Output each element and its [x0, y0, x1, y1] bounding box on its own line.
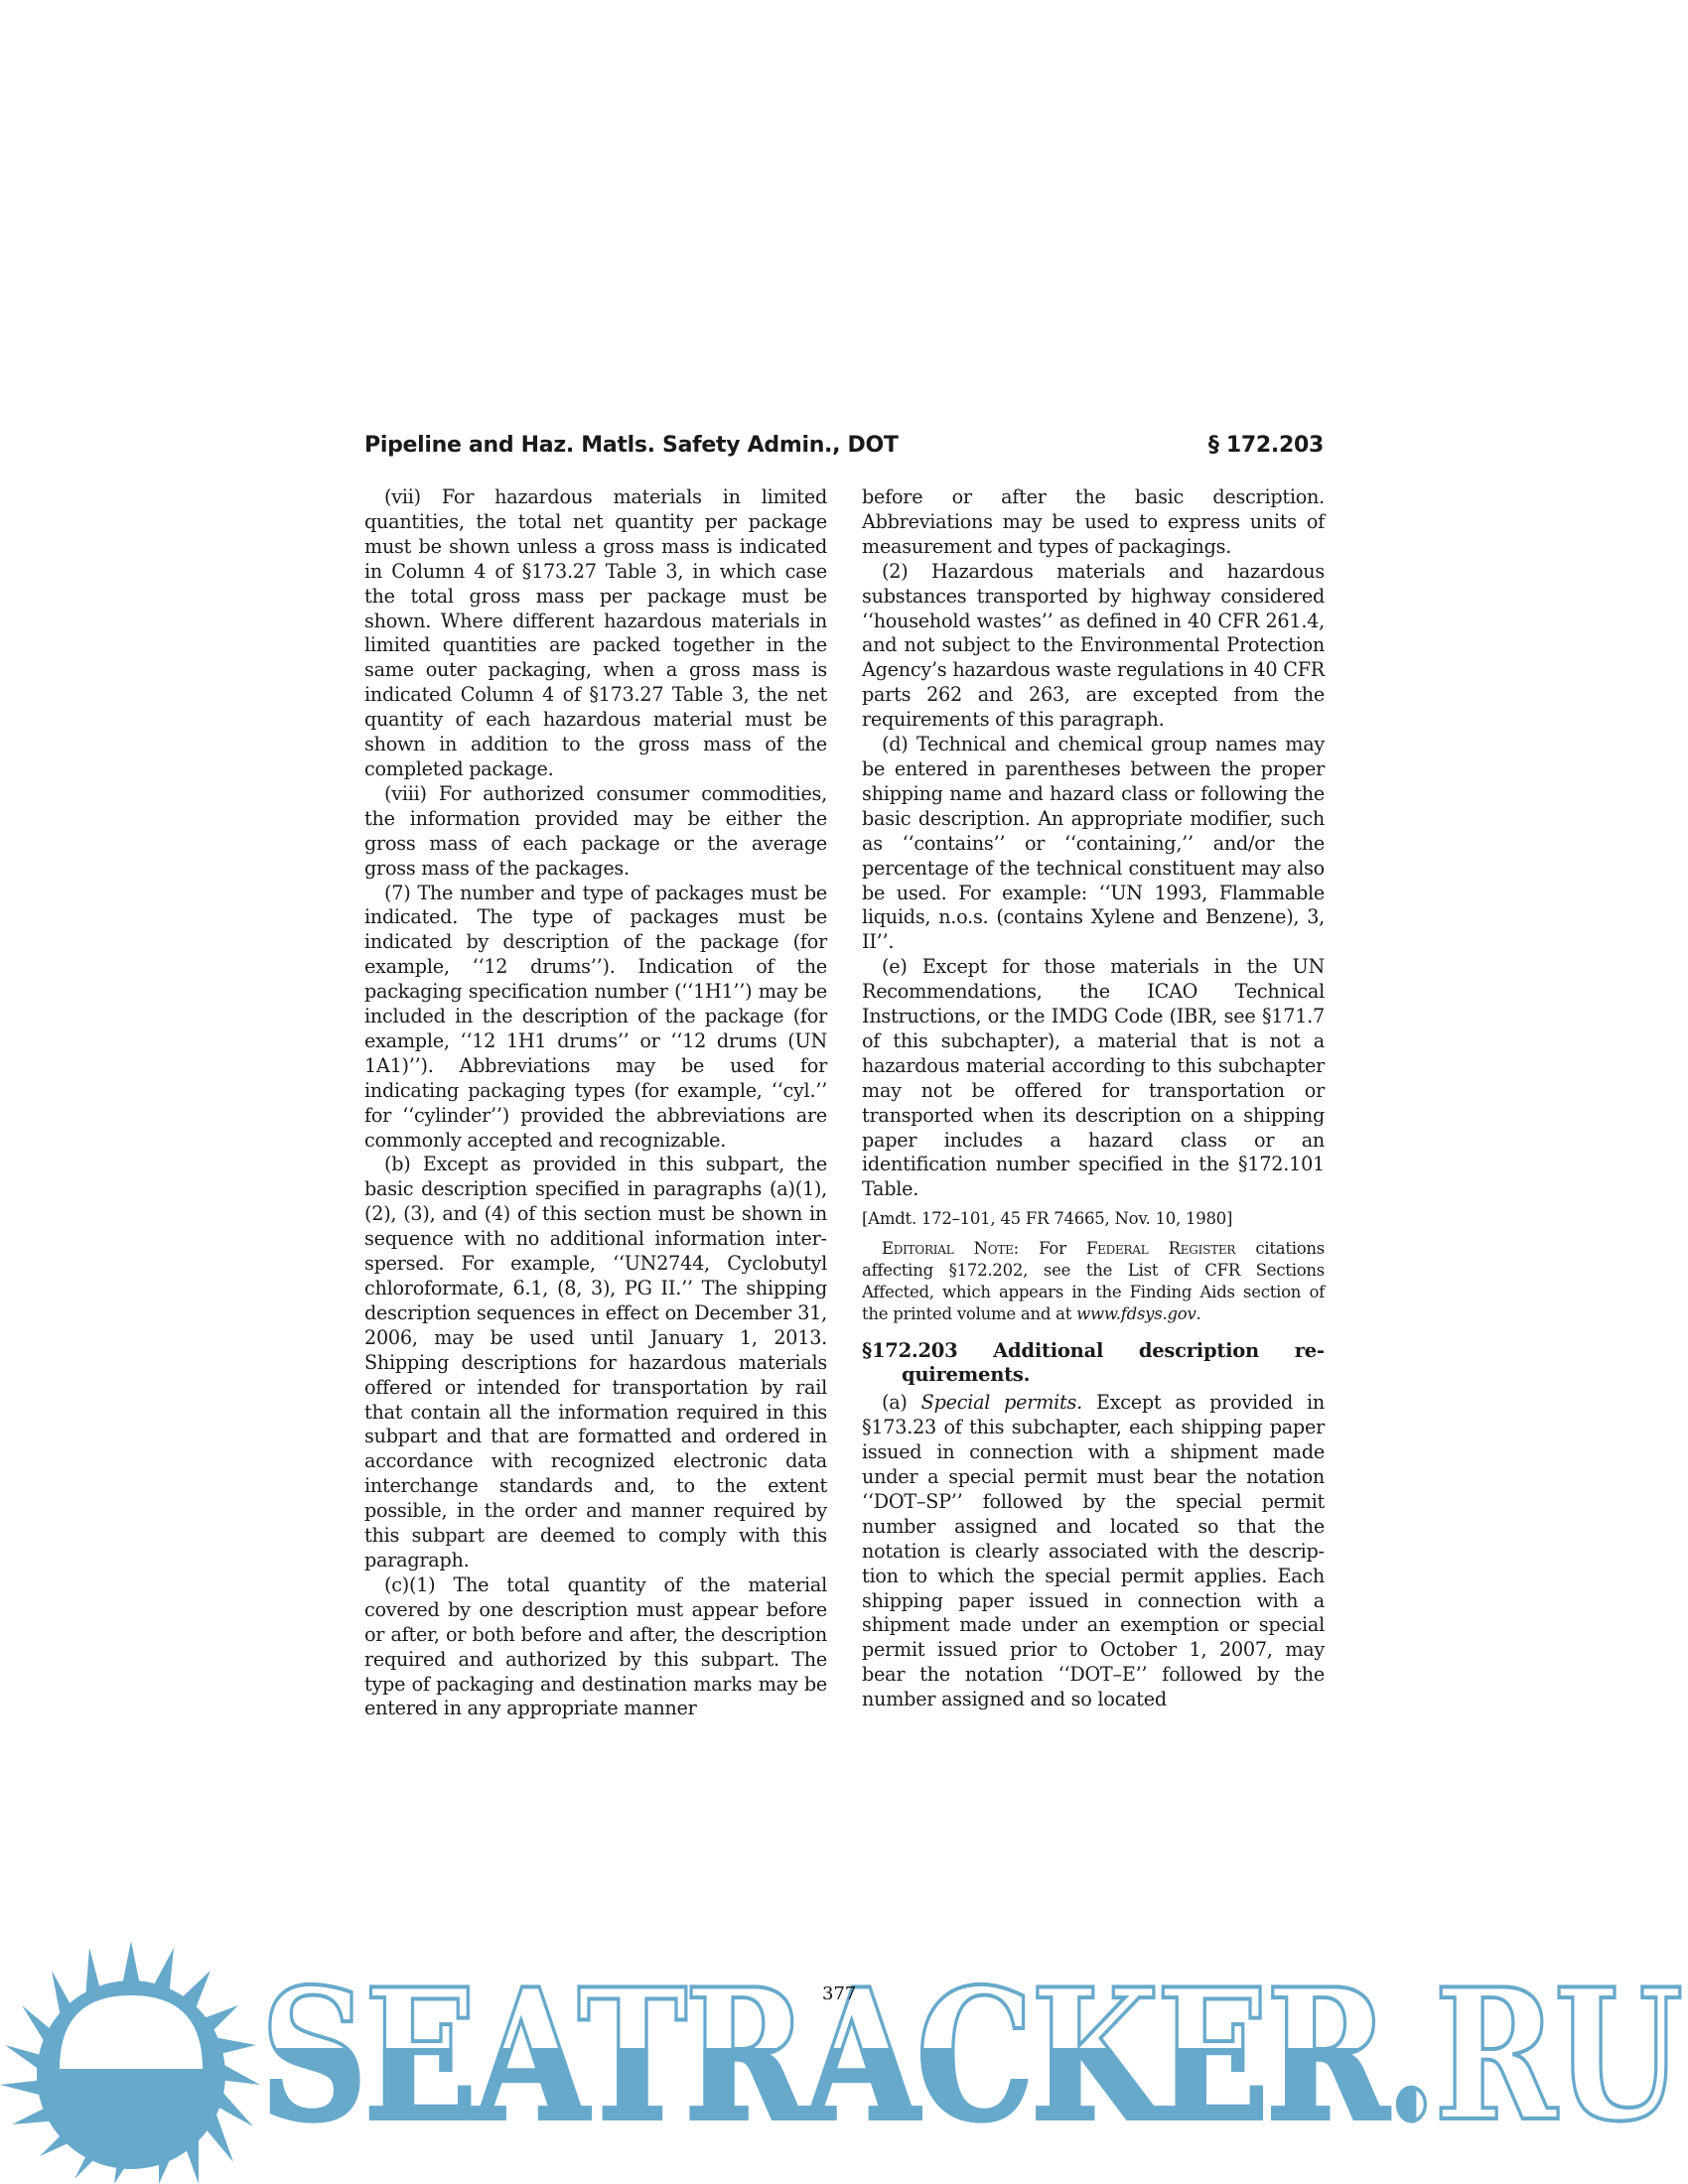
- paragraph-7: (7) The number and type of packages must…: [364, 882, 827, 1154]
- paragraph-d: (d) Technical and chemical group names m…: [862, 733, 1325, 955]
- left-column: (vii) For hazardous materials in lim­ite…: [364, 485, 827, 1721]
- page-number: 377: [822, 1983, 856, 2004]
- editorial-note-label: Editorial Note:: [882, 1239, 1019, 1258]
- section-heading: §172.203 Additional description re­quire…: [862, 1339, 1325, 1387]
- fdsys-link[interactable]: www.fdsys.gov: [1076, 1304, 1196, 1323]
- paragraph-2: (2) Hazardous materials and haz­ardous s…: [862, 560, 1325, 733]
- sun-icon: [0, 1936, 263, 2184]
- paragraph-c1: (c)(1) The total quantity of the mate­ri…: [364, 1573, 827, 1721]
- paragraph-b: (b) Except as provided in this sub­part,…: [364, 1153, 827, 1572]
- paragraph-vii: (vii) For hazardous materials in lim­ite…: [364, 485, 827, 782]
- running-head: Pipeline and Haz. Matls. Safety Admin., …: [364, 433, 1324, 465]
- amendment-citation: [Amdt. 172–101, 45 FR 74665, Nov. 10, 19…: [862, 1208, 1325, 1230]
- special-permits-term: Special permits.: [921, 1391, 1082, 1414]
- editorial-note: Editorial Note: For Federal Register ci­…: [862, 1238, 1325, 1325]
- agency-title: Pipeline and Haz. Matls. Safety Admin., …: [364, 433, 899, 458]
- paragraph-a-special-permits: (a) Special permits. Except as provided …: [862, 1391, 1325, 1712]
- federal-register: Federal Register: [1086, 1239, 1235, 1258]
- paragraph-viii: (viii) For authorized consumer com­modit…: [364, 782, 827, 882]
- section-number: § 172.203: [1208, 433, 1324, 458]
- right-column: before or after the basic description. A…: [862, 485, 1325, 1712]
- paragraph-c1-continued: before or after the basic description. A…: [862, 485, 1325, 560]
- paragraph-e: (e) Except for those materials in the UN…: [862, 955, 1325, 1202]
